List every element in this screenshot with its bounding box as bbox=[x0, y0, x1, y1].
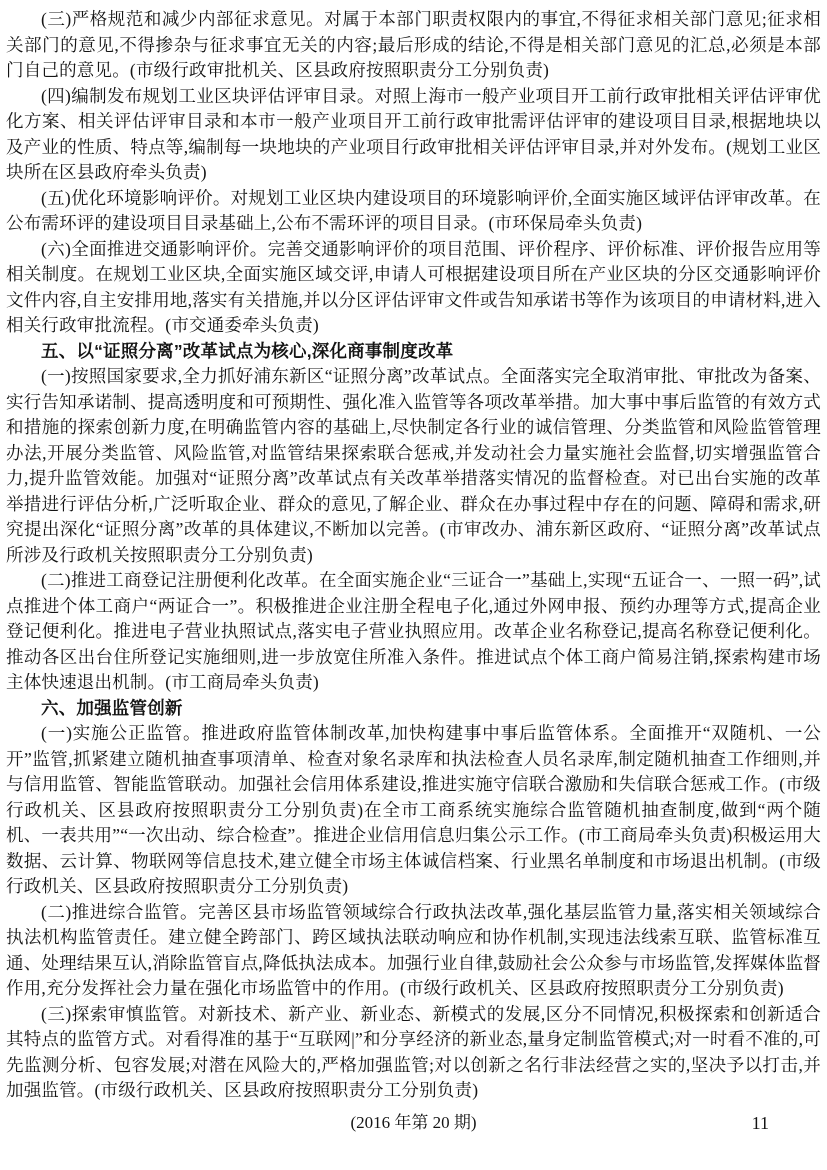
body-paragraph: (四)编制发布规划工业区块评估评审目录。对照上海市一般产业项目开工前行政审批相关… bbox=[6, 84, 821, 186]
section-heading: 五、以“证照分离”改革试点为核心,深化商事制度改革 bbox=[6, 339, 821, 365]
body-paragraph: (三)探索审慎监管。对新技术、新产业、新业态、新模式的发展,区分不同情况,积极探… bbox=[6, 1002, 821, 1104]
document-body: (三)严格规范和减少内部征求意见。对属于本部门职责权限内的事宜,不得征求相关部门… bbox=[6, 7, 821, 1104]
body-paragraph: (二)推进综合监管。完善区县市场监管领域综合行政执法改革,强化基层监管力量,落实… bbox=[6, 900, 821, 1002]
body-paragraph: (六)全面推进交通影响评价。完善交通影响评价的项目范围、评价程序、评价标准、评价… bbox=[6, 237, 821, 339]
issue-label: (2016 年第 20 期) bbox=[350, 1110, 476, 1136]
section-heading: 六、加强监管创新 bbox=[6, 696, 821, 722]
body-paragraph: (二)推进工商登记注册便利化改革。在全面实施企业“三证合一”基础上,实现“五证合… bbox=[6, 568, 821, 696]
body-paragraph: (一)实施公正监管。推进政府监管体制改革,加快构建事中事后监管体系。全面推开“双… bbox=[6, 721, 821, 900]
body-paragraph: (五)优化环境影响评价。对规划工业区块内建设项目的环境影响评价,全面实施区域评估… bbox=[6, 186, 821, 237]
document-page: (三)严格规范和减少内部征求意见。对属于本部门职责权限内的事宜,不得征求相关部门… bbox=[0, 0, 827, 1170]
body-paragraph: (三)严格规范和减少内部征求意见。对属于本部门职责权限内的事宜,不得征求相关部门… bbox=[6, 7, 821, 84]
page-number: 11 bbox=[752, 1110, 769, 1136]
body-paragraph: (一)按照国家要求,全力抓好浦东新区“证照分离”改革试点。全面落实完全取消审批、… bbox=[6, 364, 821, 568]
page-footer: (2016 年第 20 期) 11 bbox=[6, 1110, 821, 1136]
